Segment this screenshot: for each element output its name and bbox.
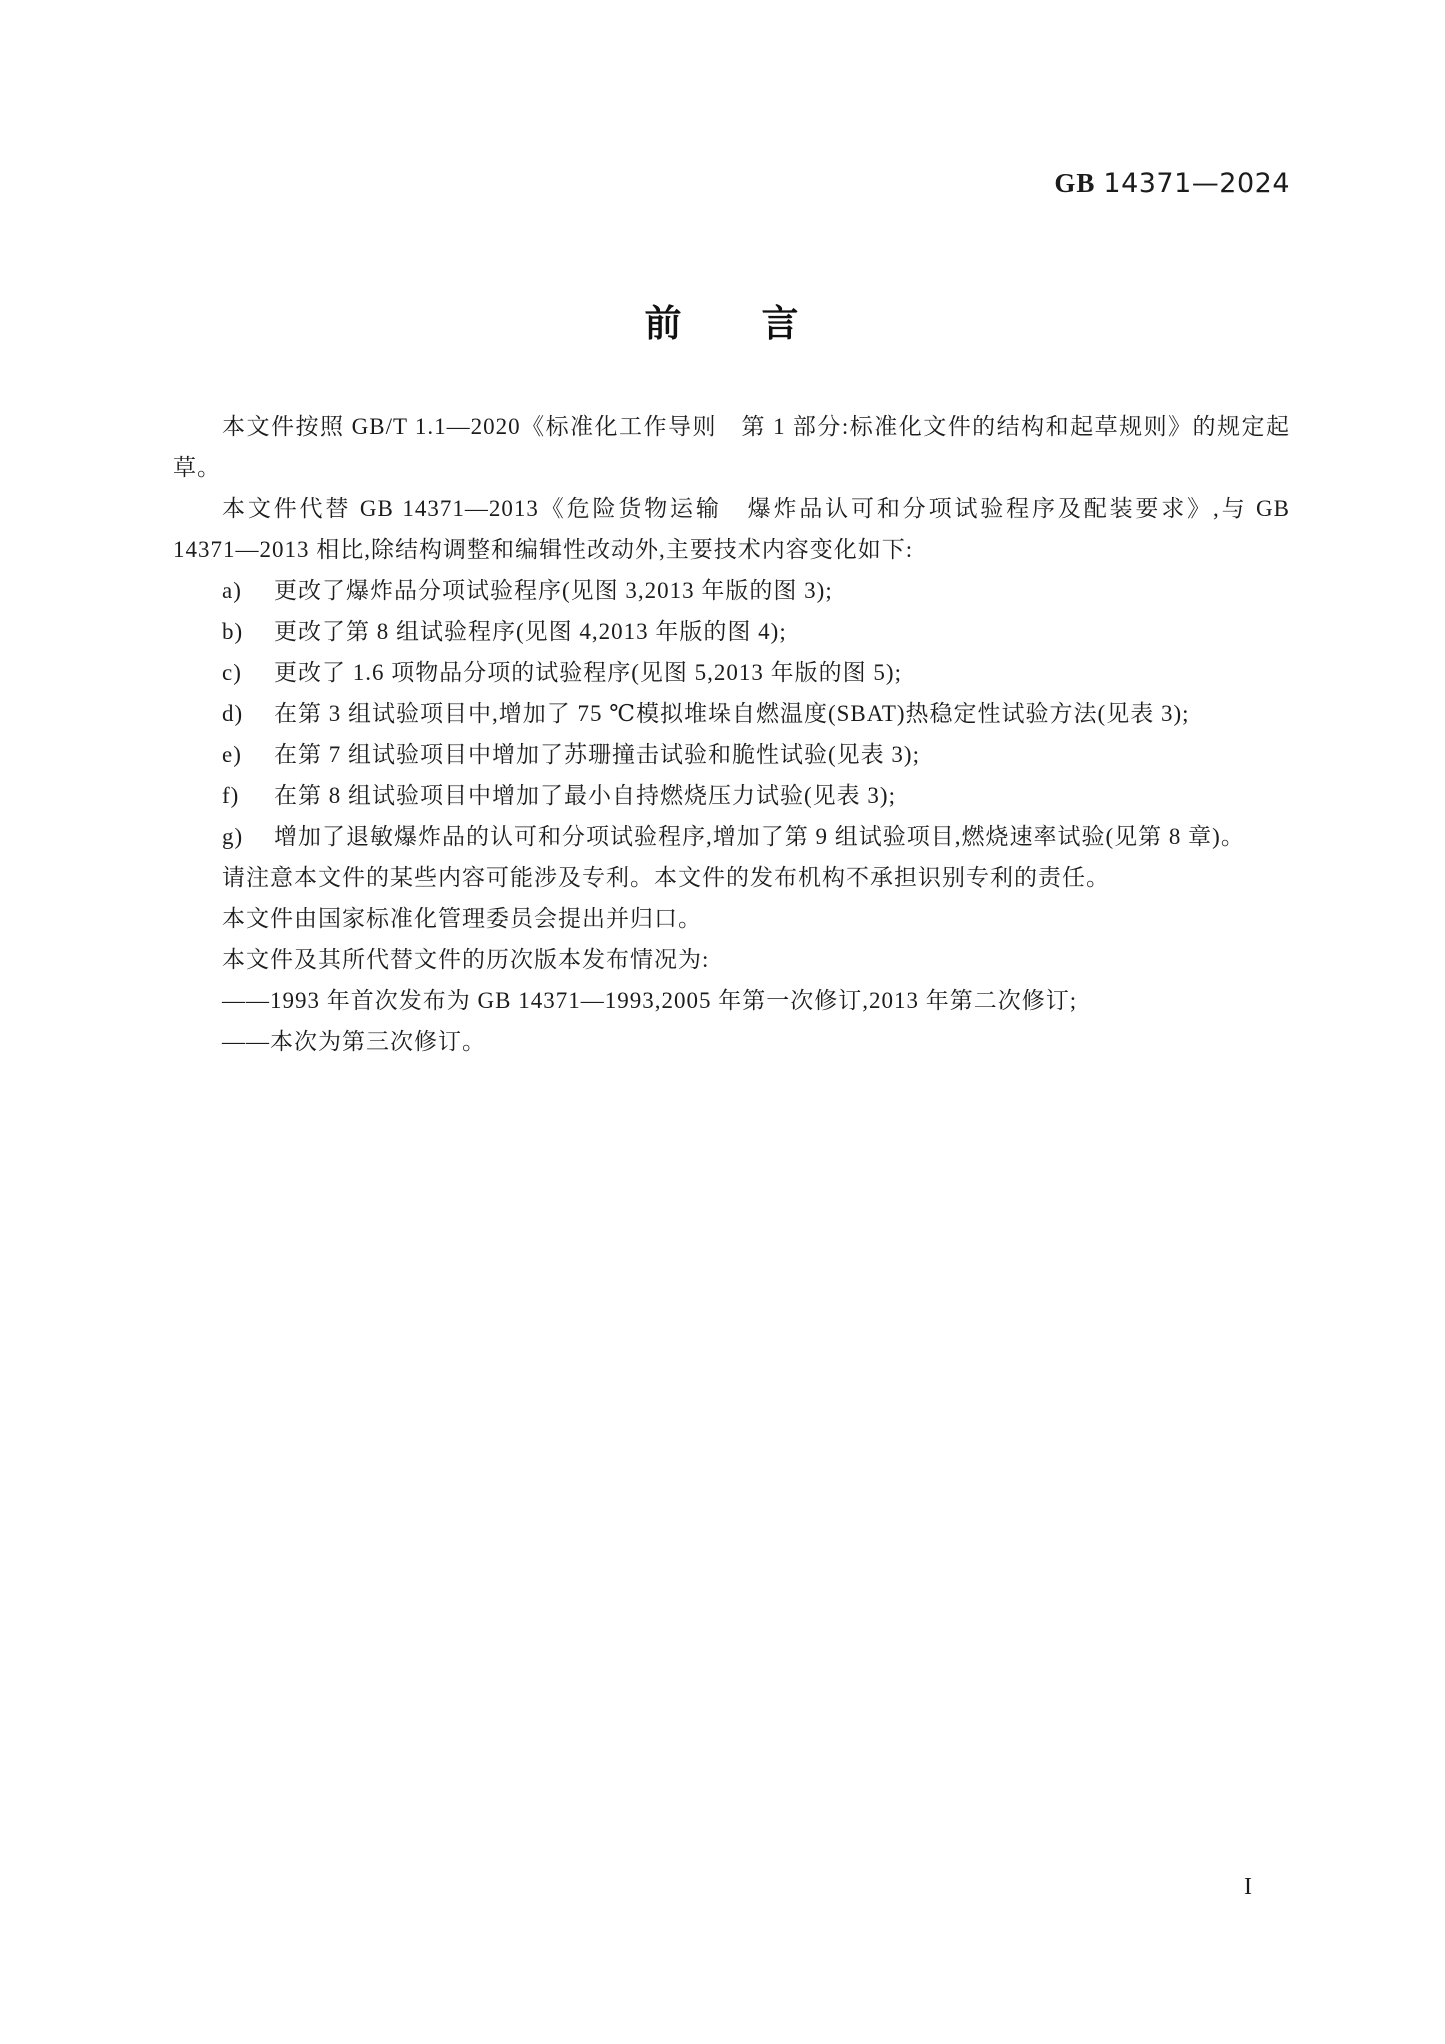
change-label-g: g): [222, 816, 243, 857]
change-item-f: f) 在第 8 组试验项目中增加了最小自持燃烧压力试验(见表 3);: [173, 775, 1290, 816]
history-item-current-revision: ——本次为第三次修订。: [173, 1021, 1290, 1062]
change-item-g: g) 增加了退敏爆炸品的认可和分项试验程序,增加了第 9 组试验项目,燃烧速率试…: [173, 816, 1290, 857]
change-text-e: 在第 7 组试验项目中增加了苏珊撞击试验和脆性试验(见表 3);: [274, 742, 920, 767]
change-item-c: c) 更改了 1.6 项物品分项的试验程序(见图 5,2013 年版的图 5);: [173, 652, 1290, 693]
paragraph-history-intro: 本文件及其所代替文件的历次版本发布情况为:: [173, 939, 1290, 980]
change-label-d: d): [222, 693, 243, 734]
change-text-b: 更改了第 8 组试验程序(见图 4,2013 年版的图 4);: [274, 619, 787, 644]
change-label-b: b): [222, 611, 243, 652]
change-text-f: 在第 8 组试验项目中增加了最小自持燃烧压力试验(见表 3);: [274, 783, 896, 808]
paragraph-issuer: 本文件由国家标准化管理委员会提出并归口。: [173, 898, 1290, 939]
paragraph-replacement: 本文件代替 GB 14371—2013《危险货物运输 爆炸品认可和分项试验程序及…: [173, 488, 1290, 570]
page-number: I: [1244, 1874, 1252, 1901]
standard-code-prefix: GB: [1054, 168, 1095, 198]
history-item-first-publication: ——1993 年首次发布为 GB 14371—1993,2005 年第一次修订,…: [173, 980, 1290, 1021]
paragraph-patent-notice: 请注意本文件的某些内容可能涉及专利。本文件的发布机构不承担识别专利的责任。: [173, 857, 1290, 898]
document-page: GB14371—2024 前 言 本文件按照 GB/T 1.1—2020《标准化…: [0, 0, 1445, 2044]
change-label-e: e): [222, 734, 242, 775]
standard-code-number: 14371—2024: [1103, 168, 1290, 199]
change-label-f: f): [222, 775, 239, 816]
change-text-c: 更改了 1.6 项物品分项的试验程序(见图 5,2013 年版的图 5);: [274, 660, 902, 685]
change-item-a: a) 更改了爆炸品分项试验程序(见图 3,2013 年版的图 3);: [173, 570, 1290, 611]
change-text-a: 更改了爆炸品分项试验程序(见图 3,2013 年版的图 3);: [274, 578, 833, 603]
change-label-c: c): [222, 652, 242, 693]
standard-code: GB14371—2024: [1054, 168, 1290, 199]
document-body: 本文件按照 GB/T 1.1—2020《标准化工作导则 第 1 部分:标准化文件…: [173, 406, 1290, 1062]
change-text-g: 增加了退敏爆炸品的认可和分项试验程序,增加了第 9 组试验项目,燃烧速率试验(见…: [274, 824, 1245, 849]
paragraph-drafting-basis: 本文件按照 GB/T 1.1—2020《标准化工作导则 第 1 部分:标准化文件…: [173, 406, 1290, 488]
page-title: 前 言: [0, 293, 1445, 347]
change-item-b: b) 更改了第 8 组试验程序(见图 4,2013 年版的图 4);: [173, 611, 1290, 652]
change-item-d: d) 在第 3 组试验项目中,增加了 75 ℃模拟堆垛自燃温度(SBAT)热稳定…: [173, 693, 1290, 734]
change-label-a: a): [222, 570, 242, 611]
change-text-d: 在第 3 组试验项目中,增加了 75 ℃模拟堆垛自燃温度(SBAT)热稳定性试验…: [274, 701, 1190, 726]
change-item-e: e) 在第 7 组试验项目中增加了苏珊撞击试验和脆性试验(见表 3);: [173, 734, 1290, 775]
